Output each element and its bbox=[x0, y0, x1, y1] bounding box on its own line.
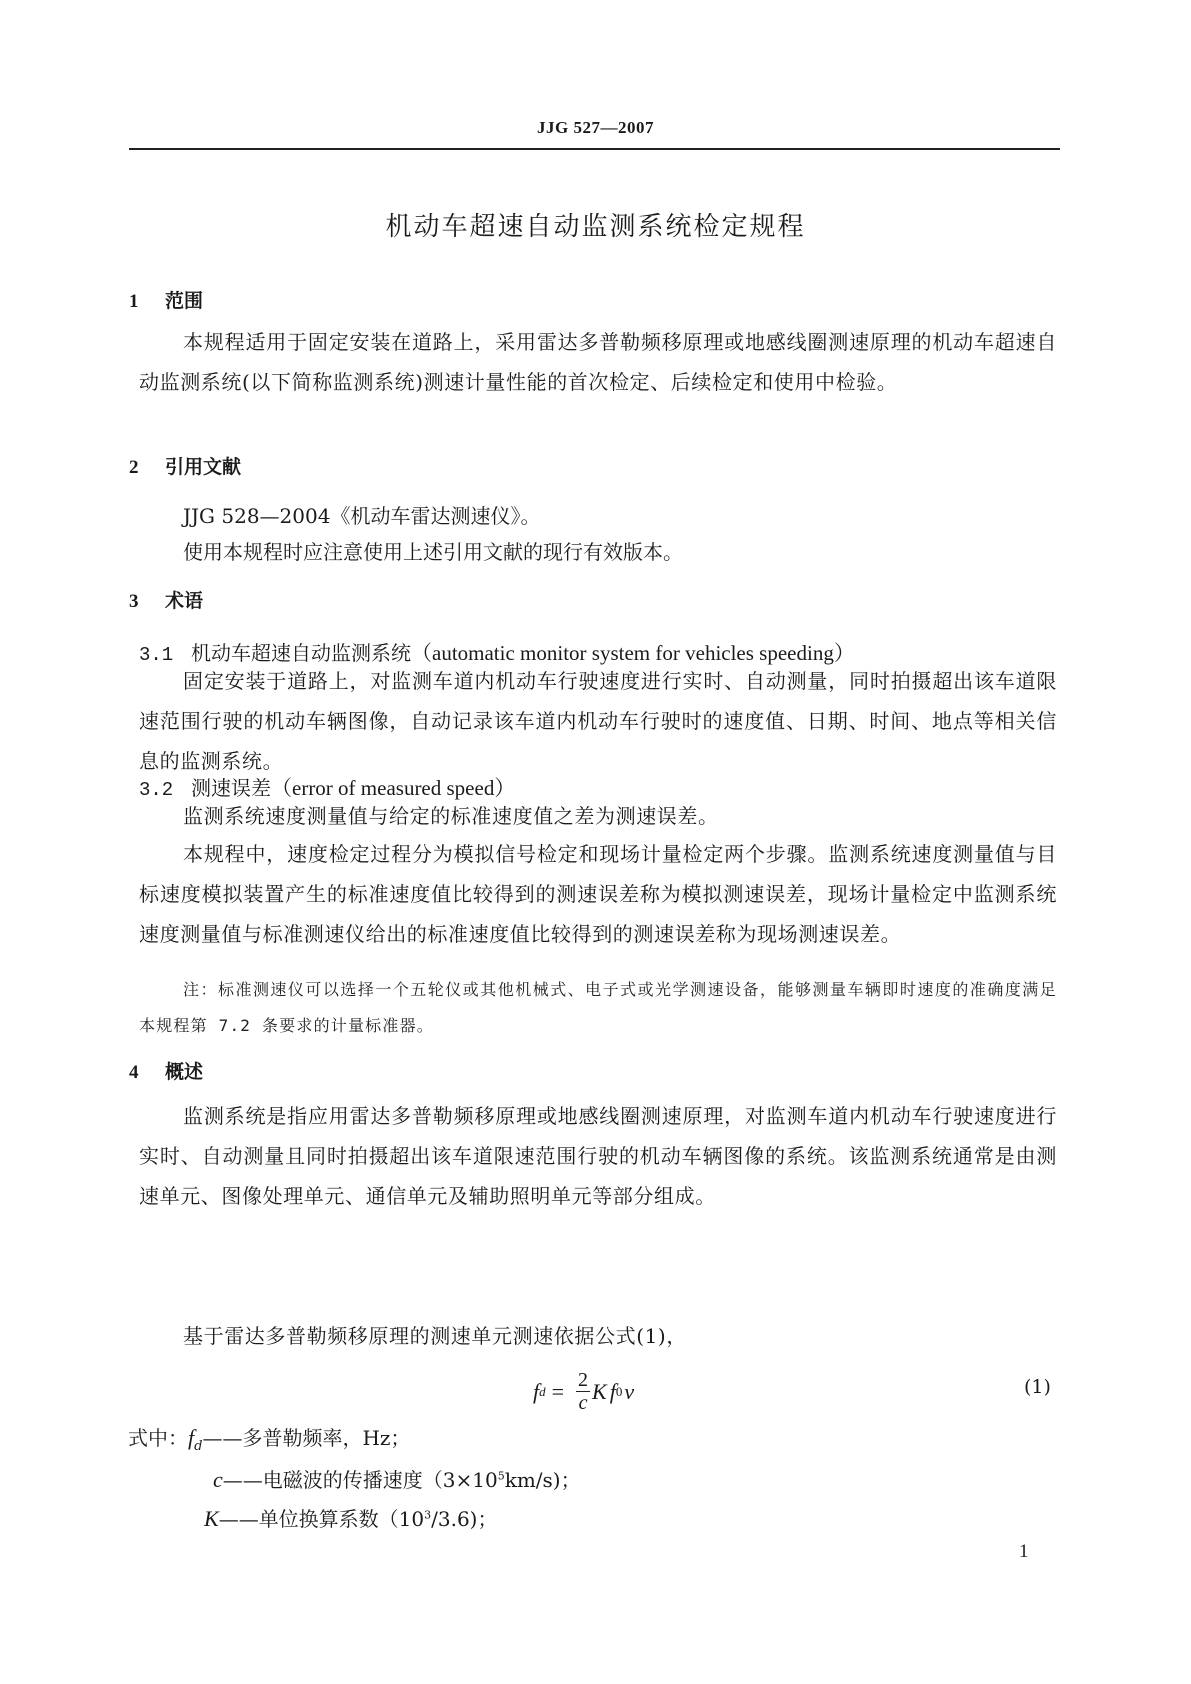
variable-dash: —— bbox=[219, 1507, 259, 1531]
section-title: 概述 bbox=[165, 1061, 203, 1083]
formula-k: K bbox=[592, 1379, 607, 1405]
where-label: 式中： bbox=[128, 1426, 188, 1450]
variable-unit: km/s)； bbox=[505, 1468, 581, 1492]
section-2-heading: 2引用文献 bbox=[129, 452, 241, 479]
variable-fd: 式中：fd——多普勒频率，Hz； bbox=[128, 1422, 410, 1454]
subsection-3-2-definition: 监测系统速度测量值与给定的标准速度值之差为测速误差。 bbox=[139, 796, 1057, 836]
section-title: 范围 bbox=[165, 290, 203, 312]
section-title: 术语 bbox=[165, 590, 203, 612]
header-rule bbox=[129, 148, 1060, 150]
section-title: 引用文献 bbox=[165, 456, 241, 478]
variable-c: c——电磁波的传播速度（3×105km/s)； bbox=[213, 1464, 581, 1493]
variable-description: 多普勒频率，Hz； bbox=[242, 1426, 410, 1450]
variable-k: K——单位换算系数（103/3.6)； bbox=[204, 1503, 498, 1532]
section-number: 3 bbox=[129, 591, 165, 613]
fraction-numerator: 2 bbox=[578, 1370, 588, 1391]
fraction-denominator: c bbox=[579, 1392, 588, 1413]
variable-symbol: c bbox=[213, 1467, 223, 1492]
subsection-3-1-definition: 固定安装于道路上，对监测车道内机动车行驶速度进行实时、自动测量，同时拍摄超出该车… bbox=[139, 661, 1057, 781]
section-3-heading: 3术语 bbox=[129, 586, 203, 613]
document-title: 机动车超速自动监测系统检定规程 bbox=[0, 206, 1191, 243]
formula-lhs-subscript: d bbox=[539, 1384, 546, 1400]
variable-description: 电磁波的传播速度（3×10 bbox=[263, 1468, 498, 1492]
section-4-heading: 4概述 bbox=[129, 1057, 203, 1084]
reference-note: 使用本规程时应注意使用上述引用文献的现行有效版本。 bbox=[183, 536, 683, 565]
variable-description: 单位换算系数（10 bbox=[259, 1507, 424, 1531]
section-number: 4 bbox=[129, 1062, 165, 1084]
formula-equals: = bbox=[552, 1379, 564, 1405]
formula-v: v bbox=[624, 1379, 634, 1405]
variable-dash: —— bbox=[202, 1426, 242, 1450]
standard-code-header: JJG 527—2007 bbox=[0, 118, 1191, 138]
section-number: 2 bbox=[129, 457, 165, 479]
subsection-3-2-note: 注：标准测速仪可以选择一个五轮仪或其他机械式、电子式或光学测速设备，能够测量车辆… bbox=[139, 972, 1057, 1044]
formula-fraction: 2 c bbox=[576, 1370, 590, 1413]
formula-f-subscript: 0 bbox=[616, 1384, 623, 1400]
subsection-3-2-explanation: 本规程中，速度检定过程分为模拟信号检定和现场计量检定两个步骤。监测系统速度测量值… bbox=[139, 834, 1057, 954]
page-number: 1 bbox=[1019, 1541, 1029, 1563]
formula-1: fd = 2 c K f0 v bbox=[533, 1370, 634, 1413]
equation-number: (1) bbox=[1024, 1376, 1051, 1398]
section-4-paragraph: 监测系统是指应用雷达多普勒频移原理或地感线圈测速原理，对监测车道内机动车行驶速度… bbox=[139, 1096, 1057, 1216]
referenced-document: JJG 528—2004《机动车雷达测速仪》。 bbox=[183, 500, 540, 529]
formula-intro: 基于雷达多普勒频移原理的测速单元测速依据公式(1)， bbox=[139, 1316, 1057, 1356]
section-1-paragraph: 本规程适用于固定安装在道路上，采用雷达多普勒频移原理或地感线圈测速原理的机动车超… bbox=[139, 322, 1057, 402]
variable-symbol: K bbox=[204, 1506, 219, 1531]
variable-exponent: 5 bbox=[498, 1469, 505, 1482]
section-1-heading: 1范围 bbox=[129, 286, 203, 313]
document-page: JJG 527—2007 机动车超速自动监测系统检定规程 1范围 本规程适用于固… bbox=[0, 0, 1191, 1684]
variable-dash: —— bbox=[223, 1468, 263, 1492]
variable-unit: /3.6)； bbox=[431, 1507, 497, 1531]
section-number: 1 bbox=[129, 291, 165, 313]
